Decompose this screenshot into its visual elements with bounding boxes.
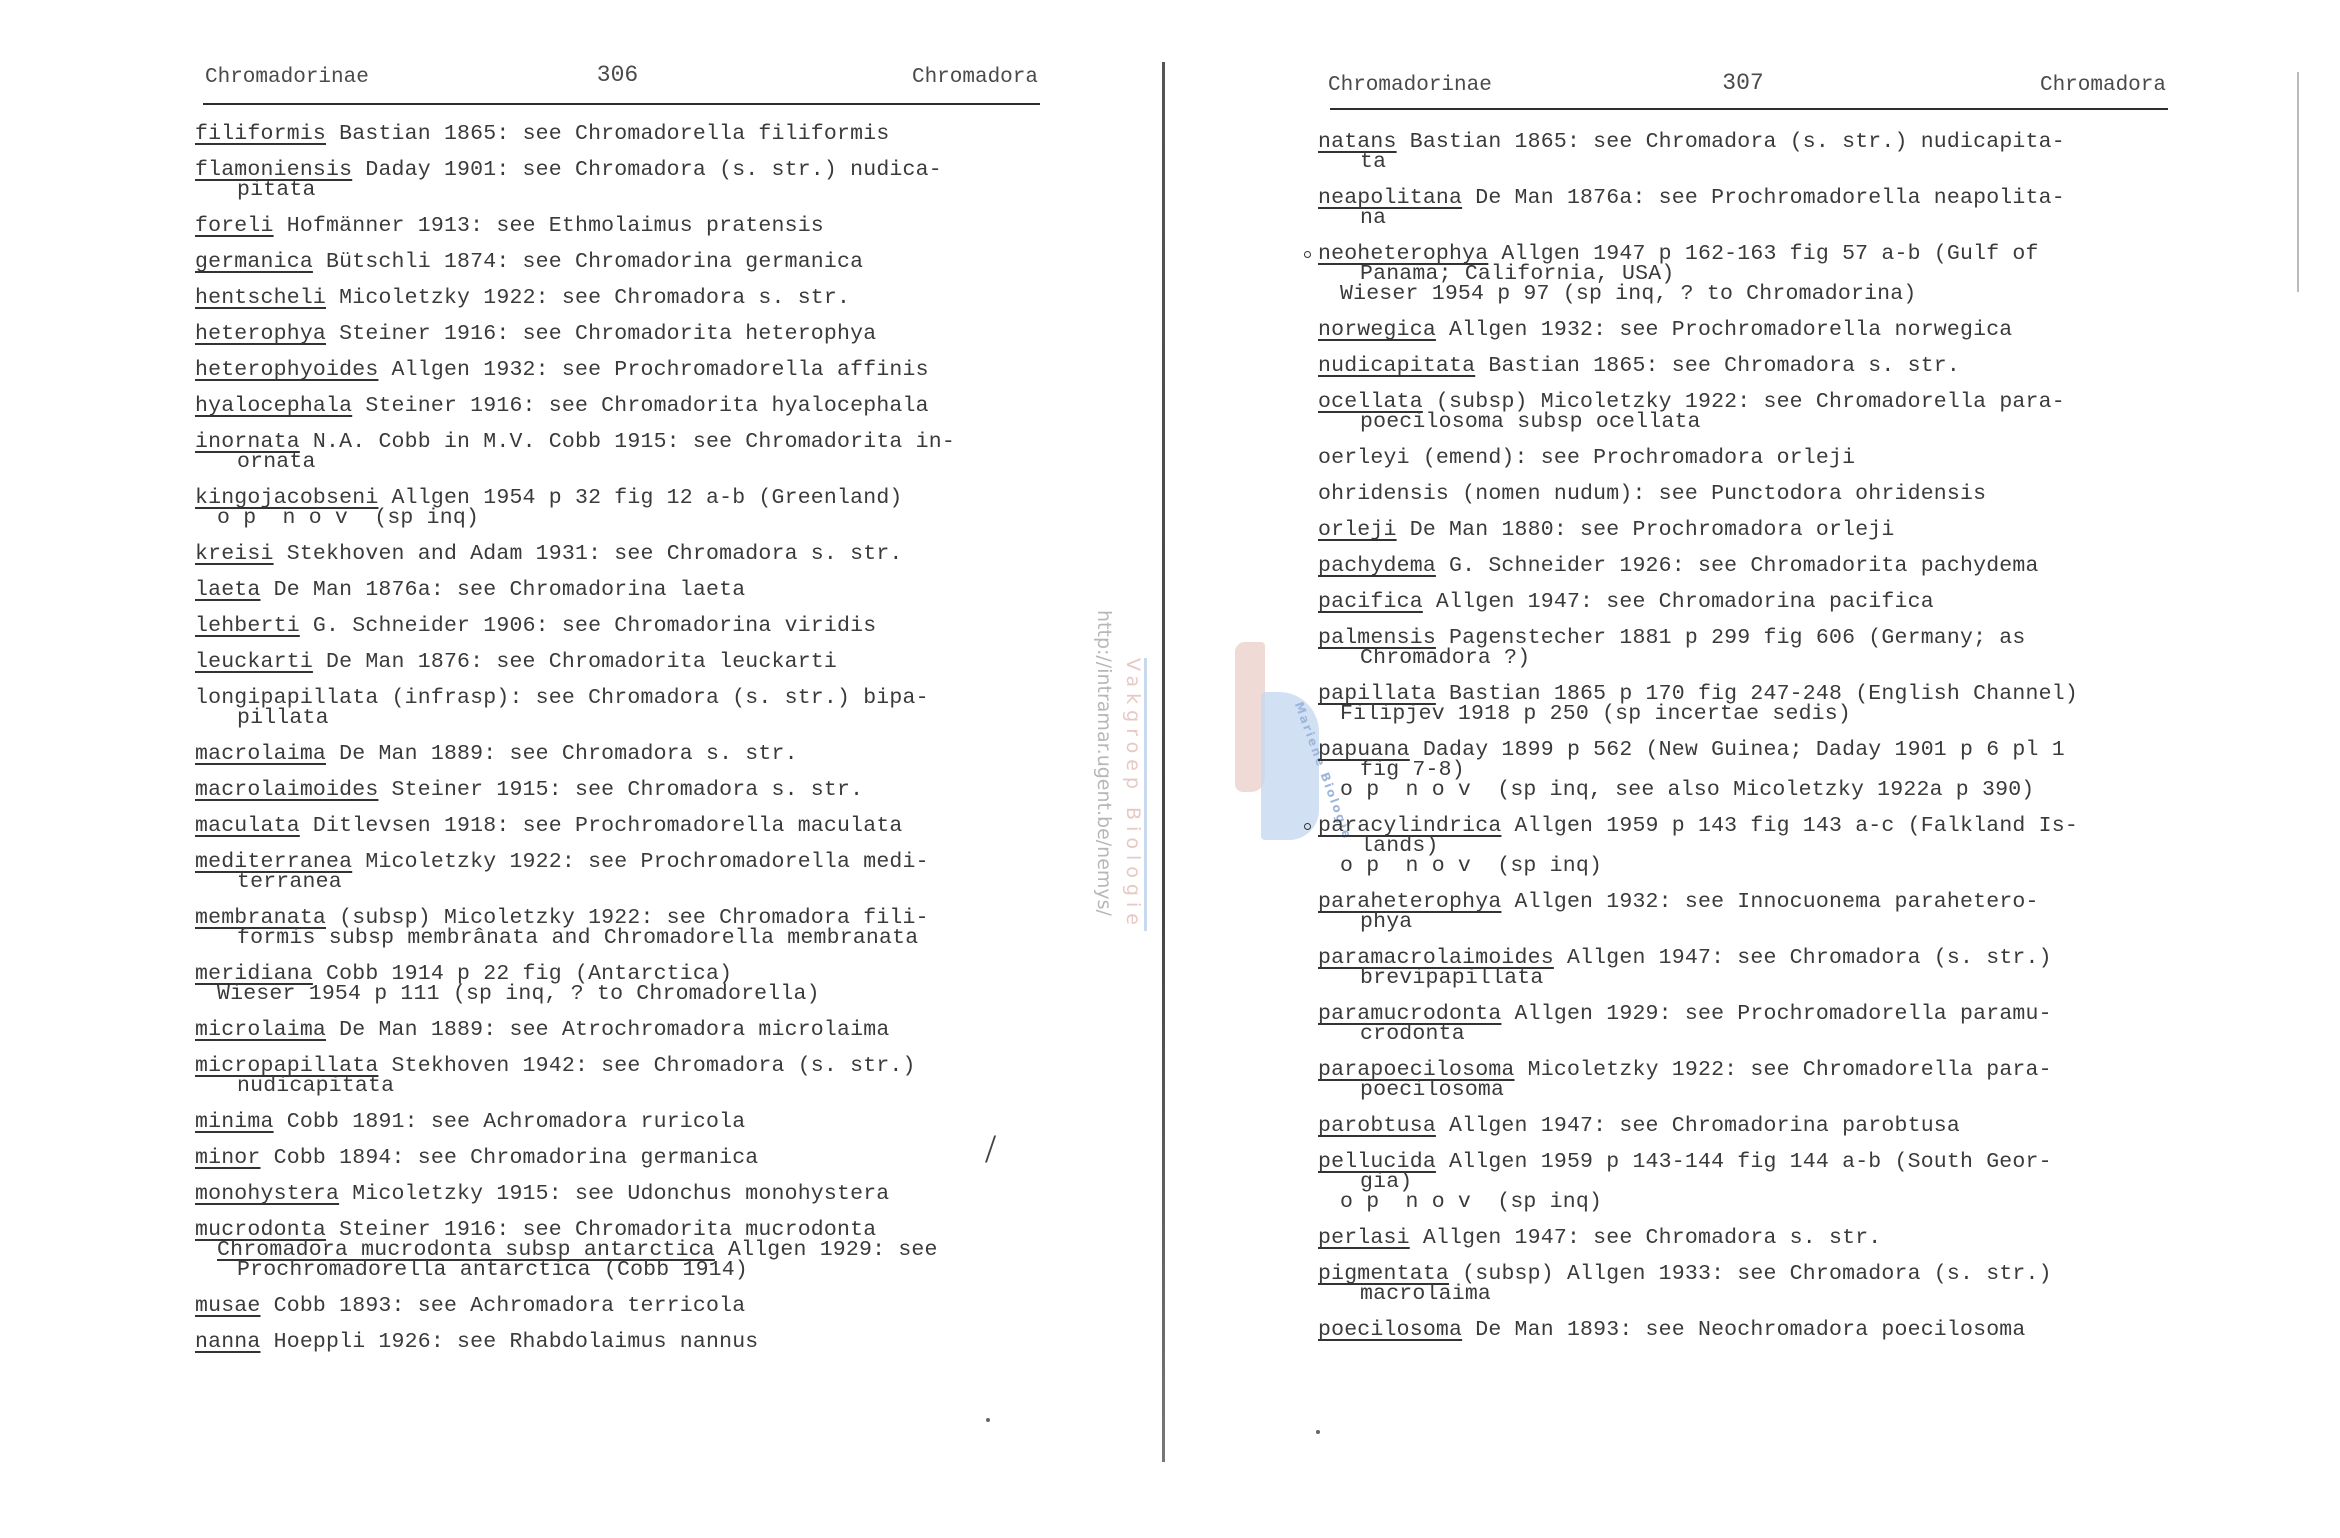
list-item: kingojacobseni Allgen 1954 p 32 fig 12 a… (195, 488, 1040, 528)
entry-line: micropapillata Stekhoven 1942: see Chrom… (195, 1056, 1040, 1076)
species-name: poecilosoma (1318, 1318, 1462, 1342)
header-rule (1330, 108, 2168, 110)
entry-line: paramucrodonta Allgen 1929: see Prochrom… (1318, 1004, 2168, 1024)
pencil-mark: / (985, 1125, 996, 1172)
note-line: o p n o v (sp inq, see also Micoletzky 1… (1318, 780, 2168, 800)
entry-line: palmensis Pagenstecher 1881 p 299 fig 60… (1318, 628, 2168, 648)
entry-line: papuana Daday 1899 p 562 (New Guinea; Da… (1318, 740, 2168, 760)
species-name: neapolitana (1318, 186, 1462, 210)
page-edge-line (2297, 72, 2299, 292)
entry-line: Chromadora mucrodonta subsp antarctica A… (195, 1240, 1040, 1260)
entry-line: membranata (subsp) Micoletzky 1922: see … (195, 908, 1040, 928)
list-item: parobtusa Allgen 1947: see Chromadorina … (1318, 1116, 2168, 1136)
entry-line: filiformis Bastian 1865: see Chromadorel… (195, 124, 1040, 144)
note-line: o p n o v (sp inq) (1318, 856, 2168, 876)
entry-line: meridiana Cobb 1914 p 22 fig (Antarctica… (195, 964, 1040, 984)
bullet-icon (1304, 823, 1311, 830)
entry-text: Allgen 1947: see Chromadorina parobtusa (1436, 1114, 1960, 1138)
entry-line: kingojacobseni Allgen 1954 p 32 fig 12 a… (195, 488, 1040, 508)
entry-text: Bütschli 1874: see Chromadorina germanic… (313, 250, 863, 274)
entry-text: Cobb 1891: see Achromadora ruricola (274, 1110, 746, 1134)
species-name: hyalocephala (195, 394, 352, 418)
entry-text: Hoeppli 1926: see Rhabdolaimus nannus (261, 1330, 759, 1354)
species-name: parobtusa (1318, 1114, 1436, 1138)
list-item: micropapillata Stekhoven 1942: see Chrom… (195, 1056, 1040, 1096)
list-item: paramacrolaimoides Allgen 1947: see Chro… (1318, 948, 2168, 988)
list-item: paracylindrica Allgen 1959 p 143 fig 143… (1318, 816, 2168, 876)
entry-line: perlasi Allgen 1947: see Chromadora s. s… (1318, 1228, 2168, 1248)
species-name: macrolaimoides (195, 778, 378, 802)
entry-line: pellucida Allgen 1959 p 143-144 fig 144 … (1318, 1152, 2168, 1172)
entry-line: lehberti G. Schneider 1906: see Chromado… (195, 616, 1040, 636)
entry-text: Hofmänner 1913: see Ethmolaimus pratensi… (274, 214, 824, 238)
entry-text: Bastian 1865: see Chromadora (s. str.) n… (1397, 130, 2065, 154)
entry-text: Micoletzky 1922: see Chromadora s. str. (326, 286, 850, 310)
continuation-line: Prochromadorella antarctica (Cobb 1914) (195, 1260, 1040, 1280)
entry-text: De Man 1893: see Neochromadora poeciloso… (1462, 1318, 2025, 1342)
note-line: o p n o v (sp inq) (1318, 1192, 2168, 1212)
entry-text: Allgen 1932: see Innocuonema parahetero- (1501, 890, 2038, 914)
entry-text: Daday 1901: see Chromadora (s. str.) nud… (352, 158, 942, 182)
entry-line: papillata Bastian 1865 p 170 fig 247-248… (1318, 684, 2168, 704)
list-item: papuana Daday 1899 p 562 (New Guinea; Da… (1318, 740, 2168, 800)
continuation-line: macrolaima (1318, 1284, 2168, 1304)
bullet-icon (1304, 251, 1311, 258)
entry-line: oerleyi (emend): see Prochromadora orlej… (1318, 448, 2168, 468)
note-line: Wieser 1954 p 111 (sp inq, ? to Chromado… (195, 984, 1040, 1004)
header-genus: Chromadora (2040, 74, 2166, 97)
entry-line: mediterranea Micoletzky 1922: see Prochr… (195, 852, 1040, 872)
entry-text: Steiner 1916: see Chromadorita heterophy… (326, 322, 876, 346)
species-name: orleji (1318, 518, 1397, 542)
list-item: monohystera Micoletzky 1915: see Udonchu… (195, 1184, 1040, 1204)
entry-line: paramacrolaimoides Allgen 1947: see Chro… (1318, 948, 2168, 968)
note-line: Filipjev 1918 p 250 (sp incertae sedis) (1318, 704, 2168, 724)
list-item: mediterranea Micoletzky 1922: see Prochr… (195, 852, 1040, 892)
entry-text: Allgen 1932: see Prochromadorella norweg… (1436, 318, 2013, 342)
list-item: leuckarti De Man 1876: see Chromadorita … (195, 652, 1040, 672)
entry-list: filiformis Bastian 1865: see Chromadorel… (195, 124, 1040, 1368)
species-name: macrolaima (195, 742, 326, 766)
entry-text: Micoletzky 1915: see Udonchus monohyster… (339, 1182, 889, 1206)
entry-text: G. Schneider 1906: see Chromadorina viri… (300, 614, 877, 638)
entry-line: pigmentata (subsp) Allgen 1933: see Chro… (1318, 1264, 2168, 1284)
continuation-line: phya (1318, 912, 2168, 932)
species-name: heterophyoides (195, 358, 378, 382)
continuation-line: ornata (195, 452, 1040, 472)
species-name: leuckarti (195, 650, 313, 674)
entry-line: monohystera Micoletzky 1915: see Udonchu… (195, 1184, 1040, 1204)
entry-line: laeta De Man 1876a: see Chromadorina lae… (195, 580, 1040, 600)
list-item: ocellata (subsp) Micoletzky 1922: see Ch… (1318, 392, 2168, 432)
list-item: oerleyi (emend): see Prochromadora orlej… (1318, 448, 2168, 468)
note-line: Wieser 1954 p 97 (sp inq, ? to Chromador… (1318, 284, 2168, 304)
entry-line: macrolaima De Man 1889: see Chromadora s… (195, 744, 1040, 764)
continuation-line: Panama; California, USA) (1318, 264, 2168, 284)
entry-text: Stekhoven and Adam 1931: see Chromadora … (274, 542, 903, 566)
entry-line: paracylindrica Allgen 1959 p 143 fig 143… (1318, 816, 2168, 836)
list-item: heterophya Steiner 1916: see Chromadorit… (195, 324, 1040, 344)
continuation-line: pitata (195, 180, 1040, 200)
entry-text: De Man 1876a: see Chromadorina laeta (261, 578, 746, 602)
list-item: mucrodonta Steiner 1916: see Chromadorit… (195, 1220, 1040, 1280)
entry-text: De Man 1880: see Prochromadora orleji (1397, 518, 1895, 542)
list-item: flamoniensis Daday 1901: see Chromadora … (195, 160, 1040, 200)
entry-line: orleji De Man 1880: see Prochromadora or… (1318, 520, 2168, 540)
list-item: neapolitana De Man 1876a: see Prochromad… (1318, 188, 2168, 228)
list-item: hyalocephala Steiner 1916: see Chromador… (195, 396, 1040, 416)
list-item: pellucida Allgen 1959 p 143-144 fig 144 … (1318, 1152, 2168, 1212)
entry-line: parapoecilosoma Micoletzky 1922: see Chr… (1318, 1060, 2168, 1080)
species-name: pachydema (1318, 554, 1436, 578)
entry-line: poecilosoma De Man 1893: see Neochromado… (1318, 1320, 2168, 1340)
watermark-url: http://intramar.ugent.be/nemys/ (1093, 610, 1115, 916)
list-item: microlaima De Man 1889: see Atrochromado… (195, 1020, 1040, 1040)
entry-text: G. Schneider 1926: see Chromadorita pach… (1436, 554, 2039, 578)
continuation-line: lands) (1318, 836, 2168, 856)
list-item: lehberti G. Schneider 1906: see Chromado… (195, 616, 1040, 636)
entry-line: maculata Ditlevsen 1918: see Prochromado… (195, 816, 1040, 836)
continuation-line: na (1318, 208, 2168, 228)
list-item: longipapillata (infrasp): see Chromadora… (195, 688, 1040, 728)
header-rule (203, 103, 1040, 105)
species-name: microlaima (195, 1018, 326, 1042)
entry-line: neapolitana De Man 1876a: see Prochromad… (1318, 188, 2168, 208)
entry-line: norwegica Allgen 1932: see Prochromadore… (1318, 320, 2168, 340)
species-name: perlasi (1318, 1226, 1410, 1250)
species-name: nudicapitata (1318, 354, 1475, 378)
entry-text: ohridensis (nomen nudum): see Punctodora… (1318, 482, 1986, 506)
species-name: musae (195, 1294, 261, 1318)
entry-text: oerleyi (emend): see Prochromadora orlej… (1318, 446, 1855, 470)
entry-line: hyalocephala Steiner 1916: see Chromador… (195, 396, 1040, 416)
entry-line: ocellata (subsp) Micoletzky 1922: see Ch… (1318, 392, 2168, 412)
entry-line: musae Cobb 1893: see Achromadora terrico… (195, 1296, 1040, 1316)
list-item: parapoecilosoma Micoletzky 1922: see Chr… (1318, 1060, 2168, 1100)
list-item: filiformis Bastian 1865: see Chromadorel… (195, 124, 1040, 144)
list-item: minor Cobb 1894: see Chromadorina german… (195, 1148, 1040, 1168)
entry-line: hentscheli Micoletzky 1922: see Chromado… (195, 288, 1040, 308)
entry-line: minor Cobb 1894: see Chromadorina german… (195, 1148, 1040, 1168)
entry-line: nudicapitata Bastian 1865: see Chromador… (1318, 356, 2168, 376)
species-name: norwegica (1318, 318, 1436, 342)
list-item: meridiana Cobb 1914 p 22 fig (Antarctica… (195, 964, 1040, 1004)
entry-line: minima Cobb 1891: see Achromadora rurico… (195, 1112, 1040, 1132)
entry-text: Allgen 1947: see Chromadorina pacifica (1423, 590, 1934, 614)
entry-text: De Man 1889: see Atrochromadora microlai… (326, 1018, 889, 1042)
entry-list: natans Bastian 1865: see Chromadora (s. … (1318, 132, 2168, 1356)
list-item: musae Cobb 1893: see Achromadora terrico… (195, 1296, 1040, 1316)
watermark: http://intramar.ugent.be/nemys/ Vakgroep… (1085, 590, 1275, 950)
list-item: perlasi Allgen 1947: see Chromadora s. s… (1318, 1228, 2168, 1248)
entry-line: heterophya Steiner 1916: see Chromadorit… (195, 324, 1040, 344)
entry-text: Allgen 1959 p 143-144 fig 144 a-b (South… (1436, 1150, 2052, 1174)
continuation-line: pillata (195, 708, 1040, 728)
entry-text: Bastian 1865: see Chromadorella filiform… (326, 122, 889, 146)
list-item: macrolaimoides Steiner 1915: see Chromad… (195, 780, 1040, 800)
entry-text: Daday 1899 p 562 (New Guinea; Daday 1901… (1410, 738, 2065, 762)
entry-text: Allgen 1932: see Prochromadorella affini… (378, 358, 928, 382)
continuation-line: crodonta (1318, 1024, 2168, 1044)
list-item: inornata N.A. Cobb in M.V. Cobb 1915: se… (195, 432, 1040, 472)
entry-line: pacifica Allgen 1947: see Chromadorina p… (1318, 592, 2168, 612)
entry-text: Bastian 1865: see Chromadora s. str. (1475, 354, 1960, 378)
continuation-line: poecilosoma (1318, 1080, 2168, 1100)
entry-text: De Man 1876: see Chromadorita leuckarti (313, 650, 837, 674)
species-name: monohystera (195, 1182, 339, 1206)
entry-line: leuckarti De Man 1876: see Chromadorita … (195, 652, 1040, 672)
species-name: minor (195, 1146, 261, 1170)
list-item: kreisi Stekhoven and Adam 1931: see Chro… (195, 544, 1040, 564)
continuation-line: ta (1318, 152, 2168, 172)
running-head: Chromadorinae 306 Chromadora (195, 66, 1040, 94)
entry-text: Micoletzky 1922: see Prochromadorella me… (352, 850, 929, 874)
continuation-line: fig 7-8) (1318, 760, 2168, 780)
note-line: o p n o v (sp inq) (195, 508, 1040, 528)
entry-line: heterophyoides Allgen 1932: see Prochrom… (195, 360, 1040, 380)
entry-text: Allgen 1947: see Chromadora (s. str.) (1554, 946, 2052, 970)
entry-line: kreisi Stekhoven and Adam 1931: see Chro… (195, 544, 1040, 564)
entry-line: macrolaimoides Steiner 1915: see Chromad… (195, 780, 1040, 800)
entry-line: nanna Hoeppli 1926: see Rhabdolaimus nan… (195, 1332, 1040, 1352)
entry-text: Allgen 1947: see Chromadora s. str. (1410, 1226, 1882, 1250)
list-item: heterophyoides Allgen 1932: see Prochrom… (195, 360, 1040, 380)
entry-line: flamoniensis Daday 1901: see Chromadora … (195, 160, 1040, 180)
entry-text: Allgen 1929: see Prochromadorella paramu… (1501, 1002, 2051, 1026)
header-genus: Chromadora (912, 66, 1038, 89)
species-name: maculata (195, 814, 300, 838)
entry-line: pachydema G. Schneider 1926: see Chromad… (1318, 556, 2168, 576)
entry-line: longipapillata (infrasp): see Chromadora… (195, 688, 1040, 708)
list-item: neoheterophya Allgen 1947 p 162-163 fig … (1318, 244, 2168, 304)
entry-line: parobtusa Allgen 1947: see Chromadorina … (1318, 1116, 2168, 1136)
list-item: papillata Bastian 1865 p 170 fig 247-248… (1318, 684, 2168, 724)
species-name: laeta (195, 578, 261, 602)
entry-line: mucrodonta Steiner 1916: see Chromadorit… (195, 1220, 1040, 1240)
watermark-org: Vakgroep Biologie (1122, 658, 1147, 931)
entry-line: foreli Hofmänner 1913: see Ethmolaimus p… (195, 216, 1040, 236)
continuation-line: gia) (1318, 1172, 2168, 1192)
running-head: Chromadorinae 307 Chromadora (1318, 74, 2168, 102)
species-name: kreisi (195, 542, 274, 566)
entry-line: microlaima De Man 1889: see Atrochromado… (195, 1020, 1040, 1040)
entry-text: Ditlevsen 1918: see Prochromadorella mac… (300, 814, 903, 838)
species-name: lehberti (195, 614, 300, 638)
list-item: nudicapitata Bastian 1865: see Chromador… (1318, 356, 2168, 376)
speck (986, 1418, 990, 1422)
entry-text: N.A. Cobb in M.V. Cobb 1915: see Chromad… (300, 430, 955, 454)
list-item: natans Bastian 1865: see Chromadora (s. … (1318, 132, 2168, 172)
entry-text: Cobb 1893: see Achromadora terricola (261, 1294, 746, 1318)
entry-line: germanica Bütschli 1874: see Chromadorin… (195, 252, 1040, 272)
entry-text: De Man 1889: see Chromadora s. str. (326, 742, 798, 766)
entry-text: Steiner 1916: see Chromadorita hyaloceph… (352, 394, 929, 418)
list-item: poecilosoma De Man 1893: see Neochromado… (1318, 1320, 2168, 1340)
list-item: paraheterophya Allgen 1932: see Innocuon… (1318, 892, 2168, 932)
continuation-line: brevipapillata (1318, 968, 2168, 988)
continuation-line: terranea (195, 872, 1040, 892)
entry-text: De Man 1876a: see Prochromadorella neapo… (1462, 186, 2065, 210)
list-item: palmensis Pagenstecher 1881 p 299 fig 60… (1318, 628, 2168, 668)
list-item: macrolaima De Man 1889: see Chromadora s… (195, 744, 1040, 764)
species-name: hentscheli (195, 286, 326, 310)
species-name: germanica (195, 250, 313, 274)
species-name: filiformis (195, 122, 326, 146)
entry-text: (subsp) Allgen 1933: see Chromadora (s. … (1449, 1262, 2052, 1286)
species-name: pacifica (1318, 590, 1423, 614)
continuation-line: nudicapitata (195, 1076, 1040, 1096)
species-name: foreli (195, 214, 274, 238)
entry-line: ohridensis (nomen nudum): see Punctodora… (1318, 484, 2168, 504)
entry-text: Stekhoven 1942: see Chromadora (s. str.) (378, 1054, 915, 1078)
list-item: pacifica Allgen 1947: see Chromadorina p… (1318, 592, 2168, 612)
list-item: orleji De Man 1880: see Prochromadora or… (1318, 520, 2168, 540)
entry-text: Cobb 1894: see Chromadorina germanica (261, 1146, 759, 1170)
species-name: minima (195, 1110, 274, 1134)
list-item: ohridensis (nomen nudum): see Punctodora… (1318, 484, 2168, 504)
entry-line: natans Bastian 1865: see Chromadora (s. … (1318, 132, 2168, 152)
list-item: maculata Ditlevsen 1918: see Prochromado… (195, 816, 1040, 836)
entry-text: Steiner 1915: see Chromadora s. str. (378, 778, 863, 802)
continuation-line: formis subsp membrânata and Chromadorell… (195, 928, 1040, 948)
list-item: pachydema G. Schneider 1926: see Chromad… (1318, 556, 2168, 576)
species-name: nanna (195, 1330, 261, 1354)
continuation-line: poecilosoma subsp ocellata (1318, 412, 2168, 432)
list-item: paramucrodonta Allgen 1929: see Prochrom… (1318, 1004, 2168, 1044)
list-item: germanica Bütschli 1874: see Chromadorin… (195, 252, 1040, 272)
list-item: hentscheli Micoletzky 1922: see Chromado… (195, 288, 1040, 308)
continuation-line: Chromadora ?) (1318, 648, 2168, 668)
entry-text: Allgen 1959 p 143 fig 143 a-c (Falkland … (1501, 814, 2078, 838)
list-item: nanna Hoeppli 1926: see Rhabdolaimus nan… (195, 1332, 1040, 1352)
list-item: norwegica Allgen 1932: see Prochromadore… (1318, 320, 2168, 340)
entry-line: neoheterophya Allgen 1947 p 162-163 fig … (1318, 244, 2168, 264)
entry-text: Micoletzky 1922: see Chromadorella para- (1515, 1058, 2052, 1082)
entry-text: Allgen 1929: see (715, 1238, 938, 1262)
entry-line: paraheterophya Allgen 1932: see Innocuon… (1318, 892, 2168, 912)
list-item: minima Cobb 1891: see Achromadora rurico… (195, 1112, 1040, 1132)
list-item: membranata (subsp) Micoletzky 1922: see … (195, 908, 1040, 948)
list-item: foreli Hofmänner 1913: see Ethmolaimus p… (195, 216, 1040, 236)
list-item: pigmentata (subsp) Allgen 1933: see Chro… (1318, 1264, 2168, 1304)
speck (1316, 1430, 1320, 1434)
list-item: laeta De Man 1876a: see Chromadorina lae… (195, 580, 1040, 600)
entry-line: inornata N.A. Cobb in M.V. Cobb 1915: se… (195, 432, 1040, 452)
species-name: heterophya (195, 322, 326, 346)
